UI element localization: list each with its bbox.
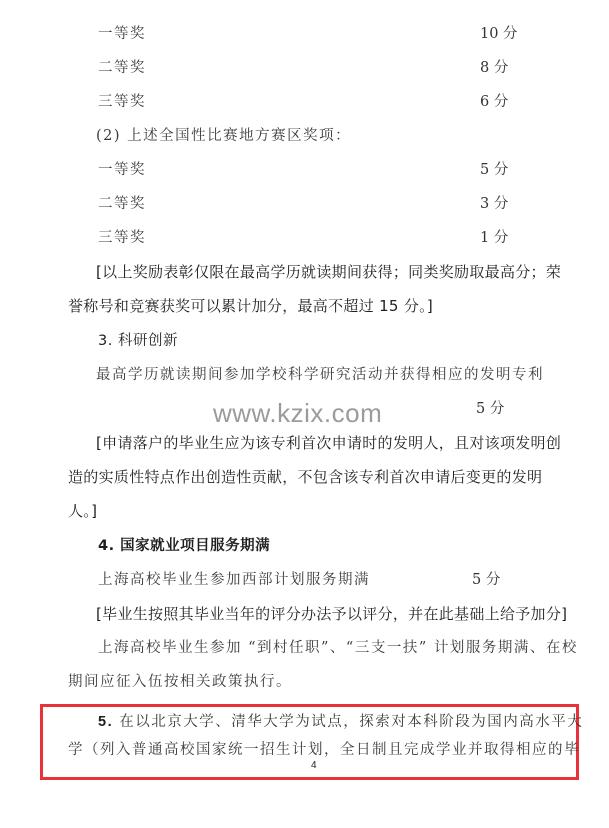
section5-line2: 学（列入普通高校国家统一招生计划，全日制且完成学业并取得相应的毕	[68, 740, 580, 760]
award-label-first: 一等奖	[98, 24, 146, 44]
regional-label-third: 三等奖	[98, 228, 146, 248]
regional-label-first: 一等奖	[98, 160, 146, 180]
section4-score: 5 分	[472, 570, 500, 590]
award-score-first: 10 分	[480, 24, 518, 44]
award-score-second: 8 分	[480, 58, 508, 78]
award-label-second: 二等奖	[98, 58, 146, 78]
section4-item: 上海高校毕业生参加西部计划服务期满	[98, 570, 370, 590]
section4-para-line1: 上海高校毕业生参加 “到村任职”、“三支一扶” 计划服务期满、在校	[98, 638, 578, 658]
section4-note: [毕业生按照其毕业当年的评分办法予以评分，并在此基础上给予加分]	[96, 604, 567, 624]
section3-heading: 3. 科研创新	[98, 331, 178, 351]
regional-score-second: 3 分	[480, 194, 508, 214]
section4-para-line2: 期间应征入伍按相关政策执行。	[68, 672, 292, 692]
awards-note-line1: [以上奖励表彰仅限在最高学历就读期间获得；同类奖励取最高分；荣	[96, 262, 561, 282]
regional-awards-heading: (2) 上述全国性比赛地方赛区奖项：	[96, 126, 351, 146]
section4-heading: 4. 国家就业项目服务期满	[98, 536, 270, 556]
award-label-third: 三等奖	[98, 92, 146, 112]
section3-score: 5 分	[476, 399, 504, 419]
awards-note-line2: 誉称号和竞赛获奖可以累计加分，最高不超过 15 分。]	[68, 296, 433, 316]
section3-note-line1: [申请落户的毕业生应为该专利首次申请时的发明人，且对该项发明创	[96, 433, 561, 453]
regional-label-second: 二等奖	[98, 194, 146, 214]
award-score-third: 6 分	[480, 92, 508, 112]
watermark: www.kzix.com	[213, 398, 382, 429]
section5-line1-text: 在以北京大学、清华大学为试点，探索对本科阶段为国内高水平大	[119, 714, 583, 730]
regional-score-first: 5 分	[480, 160, 508, 180]
regional-score-third: 1 分	[480, 228, 508, 248]
section5-number: 5.	[98, 714, 113, 730]
section5-line1: 5. 在以北京大学、清华大学为试点，探索对本科阶段为国内高水平大	[98, 712, 583, 732]
section3-item: 最高学历就读期间参加学校科学研究活动并获得相应的发明专利	[96, 365, 544, 385]
section3-note-line3: 人。]	[68, 501, 97, 521]
section3-note-line2: 造的实质性特点作出创造性贡献，不包含该专利首次申请后变更的发明	[68, 467, 542, 487]
page-number: 4	[311, 760, 317, 771]
